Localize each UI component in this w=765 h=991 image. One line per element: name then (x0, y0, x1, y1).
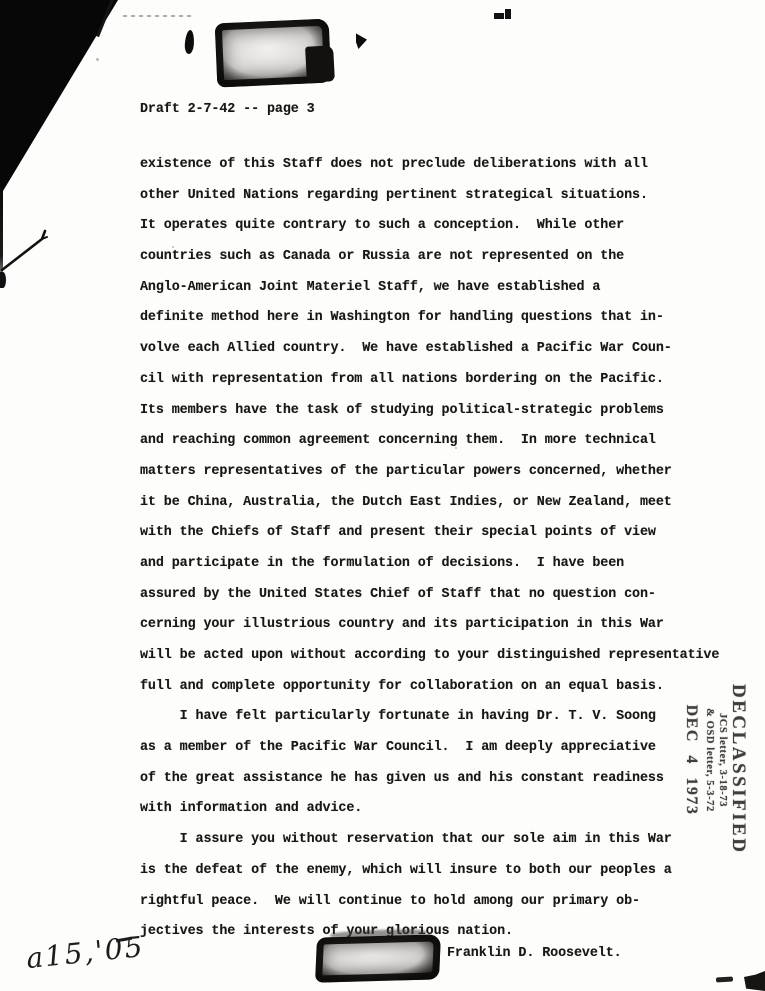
ink-dot-artifact (356, 32, 367, 49)
typed-line: will be acted upon without according to … (140, 641, 719, 672)
ink-dash-artifact (716, 977, 733, 983)
typed-line: rightful peace. We will continue to hold… (140, 887, 719, 918)
typed-line: I assure you without reservation that ou… (140, 825, 719, 856)
typed-line: as a member of the Pacific War Council. … (140, 733, 719, 764)
typed-line: Its members have the task of studying po… (140, 396, 719, 427)
typed-line: other United Nations regarding pertinent… (140, 181, 719, 212)
pen-checkmark (0, 226, 60, 276)
typed-line: Anglo-American Joint Materiel Staff, we … (140, 273, 719, 304)
scan-corner-fold-artifact (0, 0, 135, 200)
typed-line: matters representatives of the particula… (140, 457, 719, 488)
stamp-authority-line: & OSD letter, 5-3-72 (703, 684, 716, 836)
declassified-stamp: DECLASSIFIED JCS letter, 3-18-73 & OSD l… (668, 684, 762, 836)
ink-redaction-bottom (315, 934, 441, 982)
typed-line: cerning your illustrious country and its… (140, 610, 719, 641)
scan-speck (96, 58, 99, 61)
typed-line: is the defeat of the enemy, which will i… (140, 856, 719, 887)
typed-body: existence of this Staff does not preclud… (140, 150, 719, 948)
typed-line: with the Chiefs of Staff and present the… (140, 518, 719, 549)
stamp-title: DECLASSIFIED (728, 684, 749, 836)
typed-line: assured by the United States Chief of St… (140, 580, 719, 611)
typed-line: full and complete opportunity for collab… (140, 672, 719, 703)
stamp-date: DEC 4 1973 (681, 684, 701, 836)
typed-line: it be China, Australia, the Dutch East I… (140, 488, 719, 519)
stamp-authority-line: JCS letter, 3-18-73 (716, 684, 729, 836)
typed-line: of the great assistance he has given us … (140, 764, 719, 795)
typed-line: definite method here in Washington for h… (140, 303, 719, 334)
typed-line: I have felt particularly fortunate in ha… (140, 702, 719, 733)
ink-redaction-top-step (305, 45, 335, 82)
typed-line: and participate in the formulation of de… (140, 549, 719, 580)
typed-line: and reaching common agreement concerning… (140, 426, 719, 457)
scan-corner-mark (744, 971, 765, 991)
ink-mark-artifact (494, 13, 504, 19)
signature-text: Franklin D. Roosevelt. (447, 946, 622, 961)
ink-mark-artifact (505, 9, 511, 19)
typed-line: cil with representation from all nations… (140, 365, 719, 396)
typed-line: existence of this Staff does not preclud… (140, 150, 719, 181)
declassified-stamp-text: DECLASSIFIED JCS letter, 3-18-73 & OSD l… (669, 684, 761, 836)
typed-line: with information and advice. (140, 794, 719, 825)
page-header: Draft 2-7-42 -- page 3 (140, 102, 315, 117)
typed-line: It operates quite contrary to such a con… (140, 211, 719, 242)
ink-dot-artifact (184, 30, 195, 55)
typed-line: countries such as Canada or Russia are n… (140, 242, 719, 273)
faint-dashed-line-artifact (123, 15, 191, 17)
typed-line: volve each Allied country. We have estab… (140, 334, 719, 365)
scanned-document-page: Draft 2-7-42 -- page 3 existence of this… (0, 0, 765, 991)
